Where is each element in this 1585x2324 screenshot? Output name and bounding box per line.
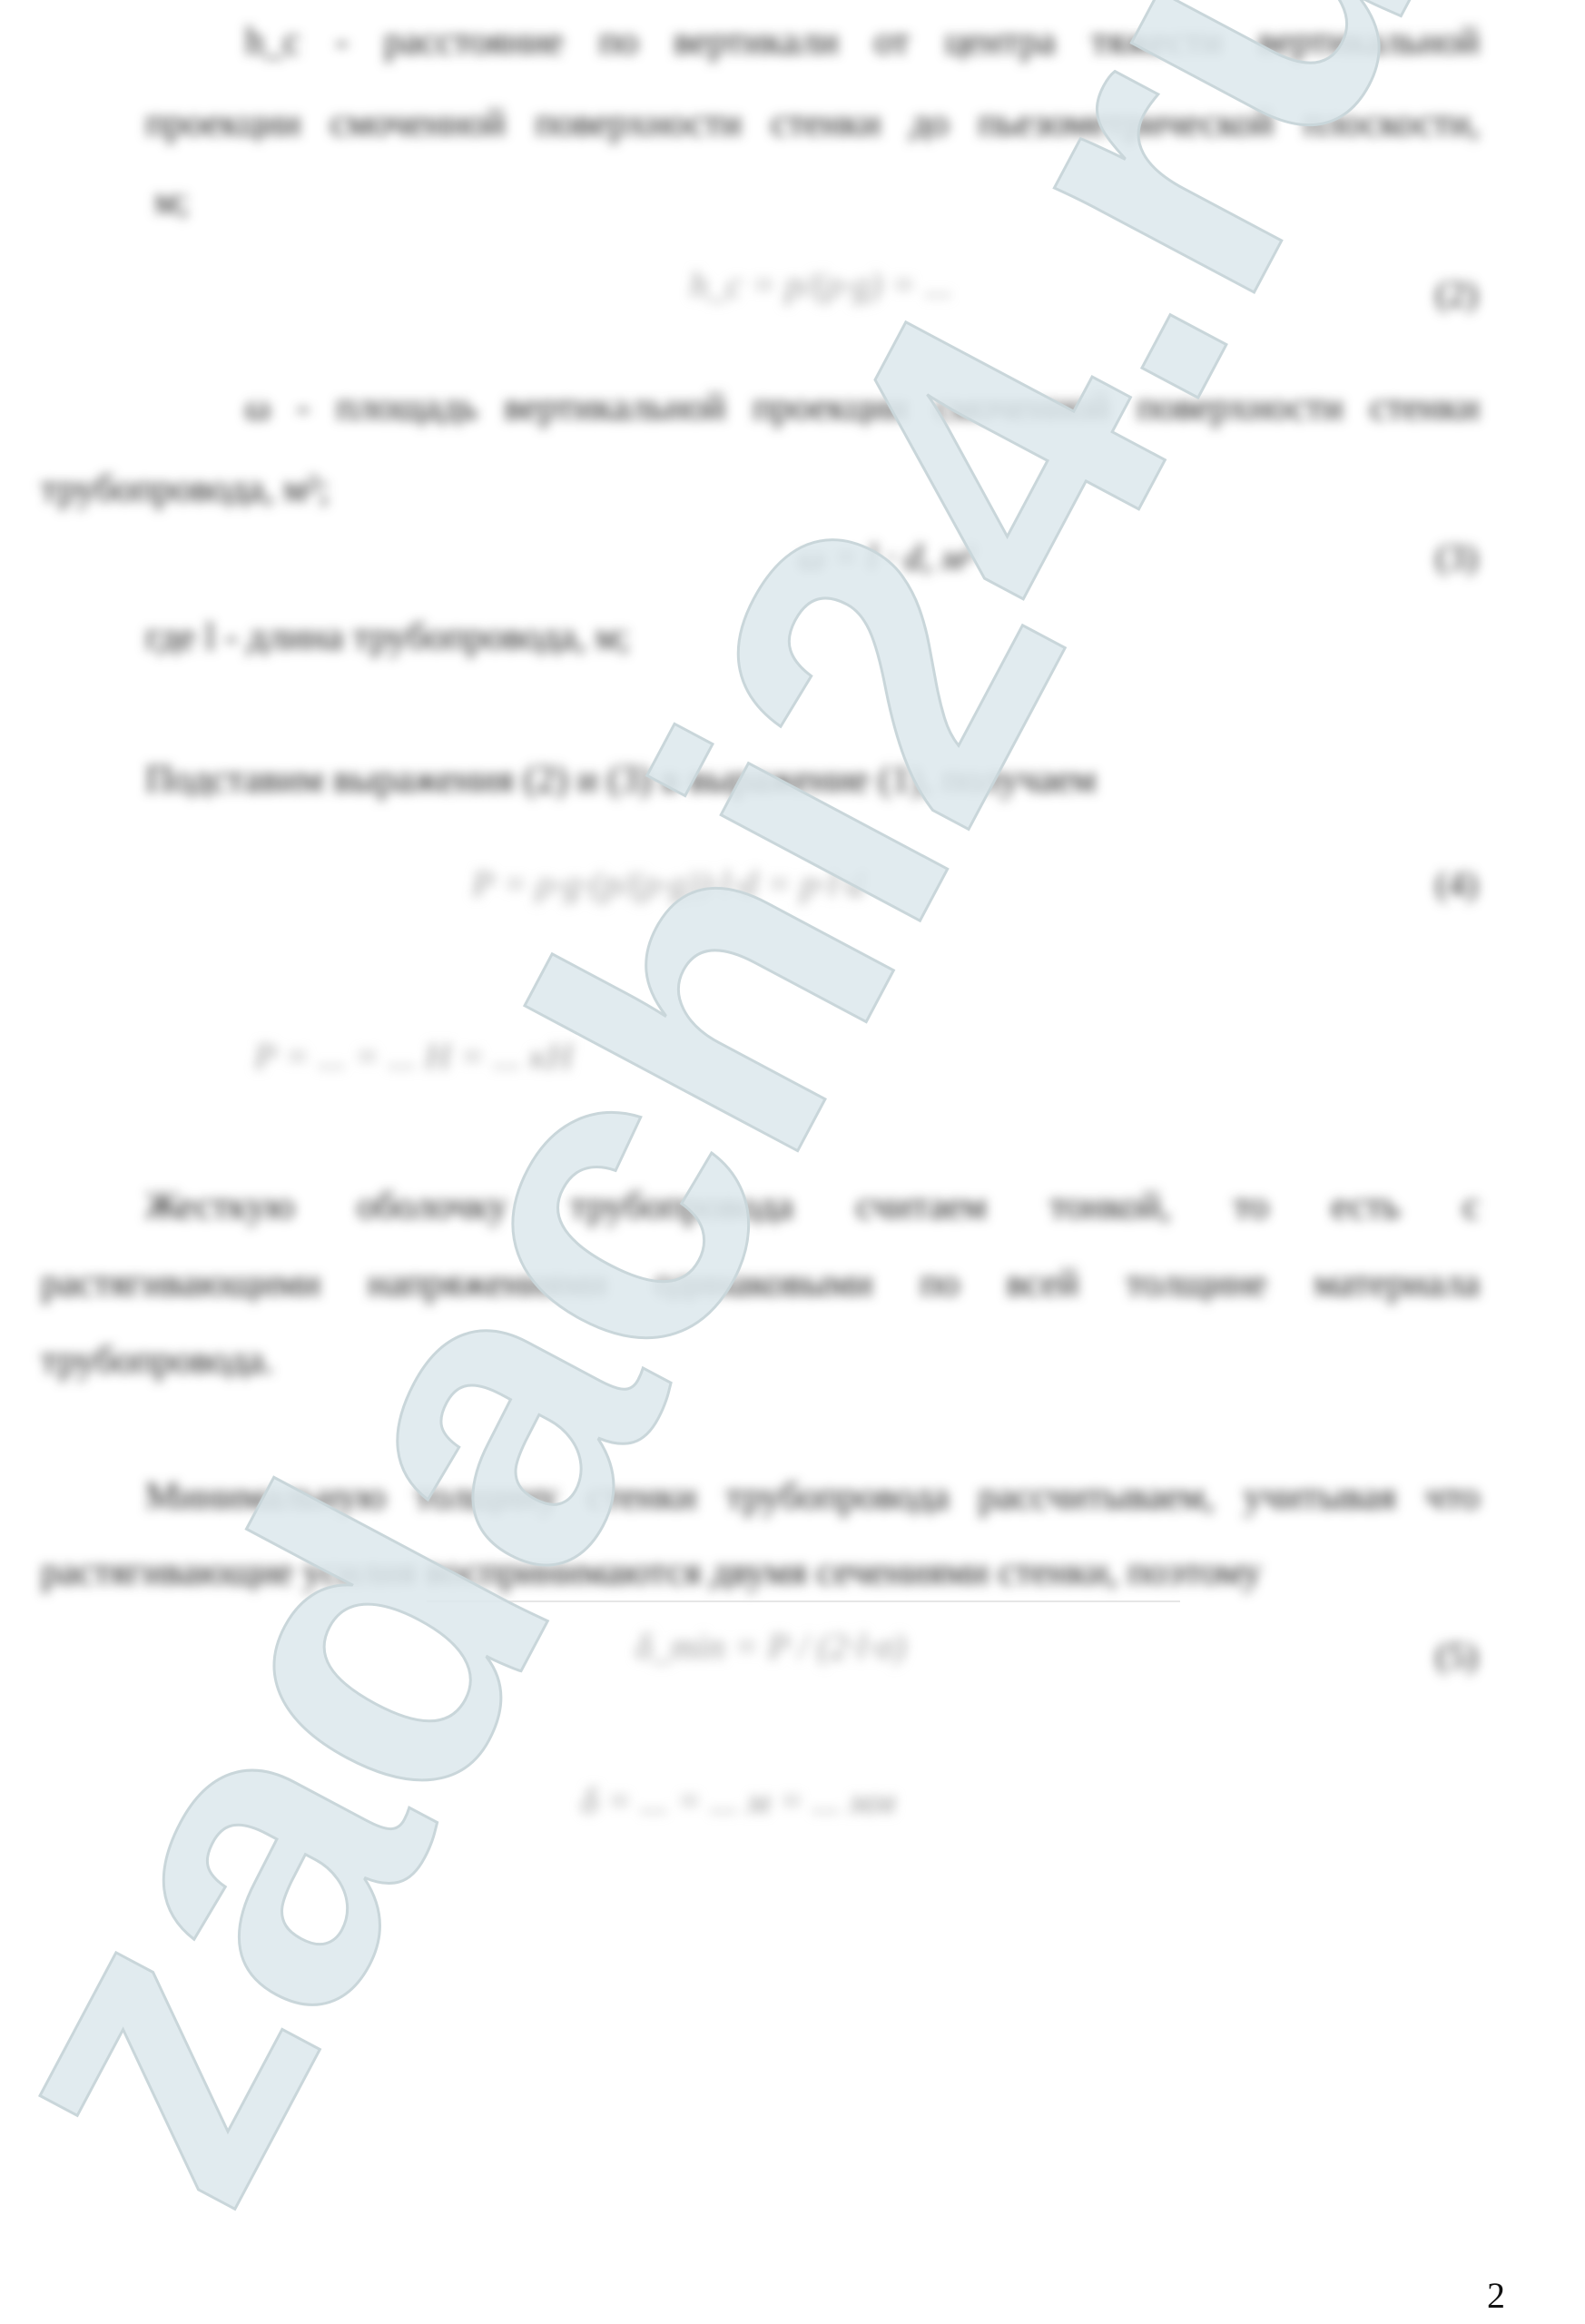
paragraph-line: м; [154,180,189,223]
paragraph-line: трубопровода, м²; [41,468,330,511]
equation: δ_min = P / (2·l·σ) [635,1625,906,1668]
equation: P = ... = ... Н = ... кН [254,1035,573,1078]
equation: ω = l · d, м² [799,536,975,578]
paragraph-line: трубопровода. [41,1339,273,1383]
page-number: 2 [1487,2274,1505,2317]
equation: δ = ... = ... м = ... мм [581,1779,895,1822]
paragraph-line: проекции смоченной поверхности стенки до… [145,102,1480,145]
equation-number: (2) [1435,272,1478,315]
equation: P = ρ·g·(p/(ρ·g))·l·d = p·l·d [472,862,865,905]
paragraph-line: Жесткую оболочку трубопровода считаем то… [145,1185,1480,1228]
watermark: zadachi24.ru [0,0,1585,2324]
paragraph-line: растягивающими напряжениями одинаковыми … [41,1262,1480,1305]
equation-number: (5) [1435,1634,1478,1677]
paragraph-line: h_c - расстояние по вертикали от центра … [245,20,1480,64]
paragraph-line: Подставим выражения (2) и (3) в выражени… [145,758,1097,802]
paragraph-line: где l - длина трубопровода, м; [145,615,630,659]
divider [427,1600,1180,1602]
paragraph-line: Минимальную толщину стенки трубопровода … [145,1475,1480,1519]
paragraph-line: растягивающие усилия воспринимаются двум… [41,1551,1262,1594]
document-page: h_c - расстояние по вертикали от центра … [0,0,1585,2324]
equation: h_c = p/(ρ·g) = ... [690,263,952,306]
equation-number: (3) [1435,536,1478,578]
paragraph-line: ω - площадь вертикальной проекции смочен… [245,386,1480,429]
equation-number: (4) [1435,862,1478,905]
svg-text:zadachi24.ru: zadachi24.ru [0,0,1521,2267]
